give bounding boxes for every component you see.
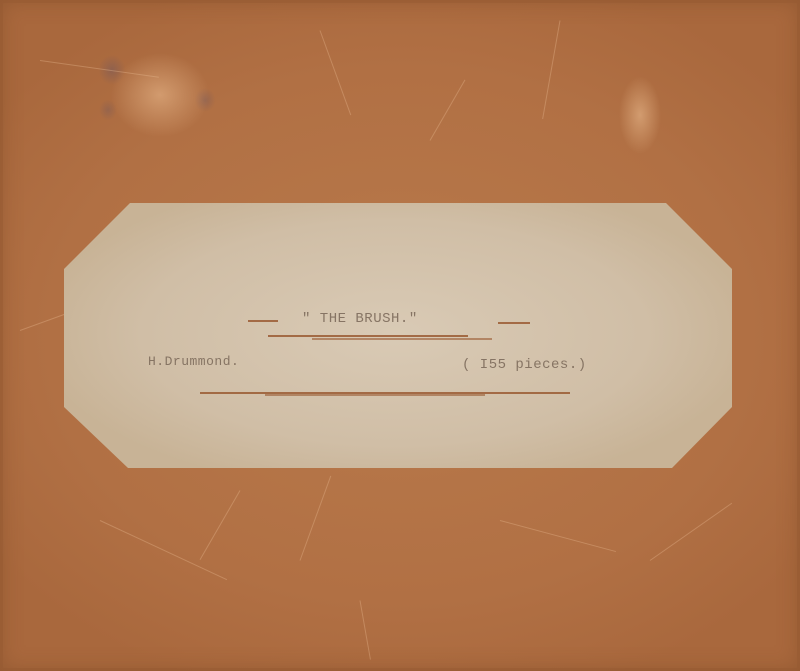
scratch-mark (650, 503, 732, 561)
title-underline-2 (312, 338, 492, 340)
scratch-mark (542, 20, 560, 119)
scratch-mark (360, 600, 371, 659)
scratch-mark (320, 30, 352, 115)
scratch-mark (200, 490, 241, 560)
scratch-mark (40, 60, 159, 78)
scratch-mark (300, 476, 332, 561)
scratch-mark (500, 520, 616, 552)
puzzle-box-lid: " THE BRUSH." H.Drummond. ( I55 pieces.) (0, 0, 800, 671)
scratch-mark (100, 520, 227, 580)
title-dash-right (498, 322, 530, 324)
label-maker: H.Drummond. (148, 354, 239, 369)
title-underline (268, 335, 468, 337)
title-dash-left (248, 320, 278, 322)
bottom-underline-2 (265, 394, 485, 396)
scratch-mark (430, 80, 466, 141)
label-pieces: ( I55 pieces.) (462, 357, 587, 373)
label-title: " THE BRUSH." (302, 311, 418, 327)
